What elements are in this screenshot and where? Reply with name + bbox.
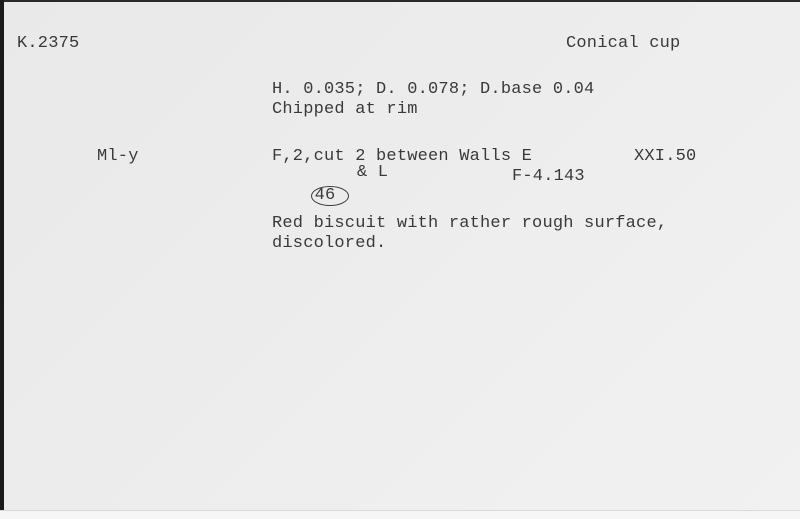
findspot-line-2: & L bbox=[357, 163, 388, 183]
findspot-line-1: F,2,cut 2 between Walls E bbox=[272, 147, 532, 167]
index-card: K.2375 Conical cup H. 0.035; D. 0.078; D… bbox=[0, 0, 800, 519]
circled-annotation: 46 bbox=[315, 186, 336, 206]
classification: Ml-y bbox=[97, 147, 139, 167]
condition: Chipped at rim bbox=[272, 100, 418, 120]
findspot-reference: F-4.143 bbox=[512, 167, 585, 187]
card-top-edge bbox=[0, 0, 800, 2]
object-name: Conical cup bbox=[566, 34, 680, 54]
description-line-2: discolored. bbox=[272, 234, 386, 254]
findspot-date: XXI.50 bbox=[634, 147, 696, 167]
card-bottom-edge bbox=[0, 510, 800, 519]
card-left-edge bbox=[0, 0, 4, 510]
description-line-1: Red biscuit with rather rough surface, bbox=[272, 214, 667, 234]
catalog-number: K.2375 bbox=[17, 34, 79, 54]
dimensions: H. 0.035; D. 0.078; D.base 0.04 bbox=[272, 80, 594, 100]
